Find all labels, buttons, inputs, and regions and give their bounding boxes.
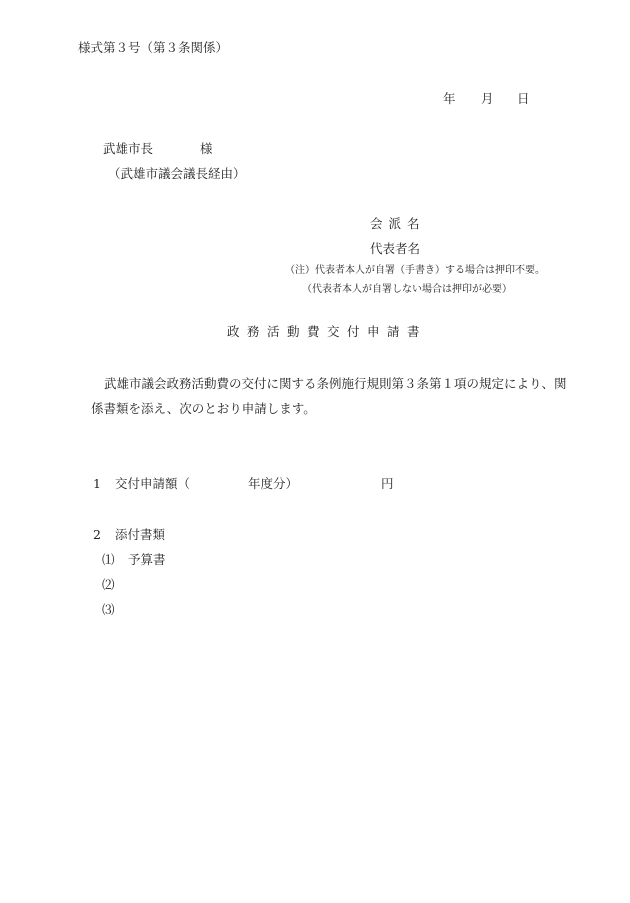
representative-name-label: 代表者名	[370, 241, 420, 257]
addressee-honorific: 様	[200, 141, 213, 157]
item-number: 1	[93, 476, 101, 492]
date-year-label: 年	[443, 91, 456, 107]
addressee-via: （武雄市議会議長経由）	[108, 166, 246, 182]
subitem-label: 予算書	[128, 552, 166, 568]
currency-label: 円	[381, 476, 394, 492]
item-label: 交付申請額（	[115, 476, 190, 492]
signature-note-line2: （代表者本人が自署しない場合は押印が必要）	[302, 283, 512, 296]
item-label: 添付書類	[115, 527, 165, 543]
fiscal-year-suffix: 年度分）	[248, 476, 298, 492]
form-number: 様式第３号（第３条関係）	[78, 40, 228, 56]
document-title: 政務活動費交付申請書	[227, 324, 427, 340]
date-month-label: 月	[481, 91, 494, 107]
body-line-2: 係書類を添え、次のとおり申請します。	[91, 401, 316, 417]
body-line-1: 武雄市議会政務活動費の交付に関する条例施行規則第３条第１項の規定により、関	[104, 376, 567, 392]
faction-name-label: 会派名	[370, 216, 426, 232]
addressee-name: 武雄市長	[103, 141, 153, 157]
subitem-number: ⑵	[102, 577, 115, 593]
item-number: 2	[93, 527, 101, 543]
subitem-number: ⑶	[102, 602, 115, 618]
date-day-label: 日	[517, 91, 530, 107]
subitem-number: ⑴	[102, 552, 115, 568]
signature-note-line1: （注）代表者本人が自署（手書き）する場合は押印不要。	[285, 264, 545, 277]
